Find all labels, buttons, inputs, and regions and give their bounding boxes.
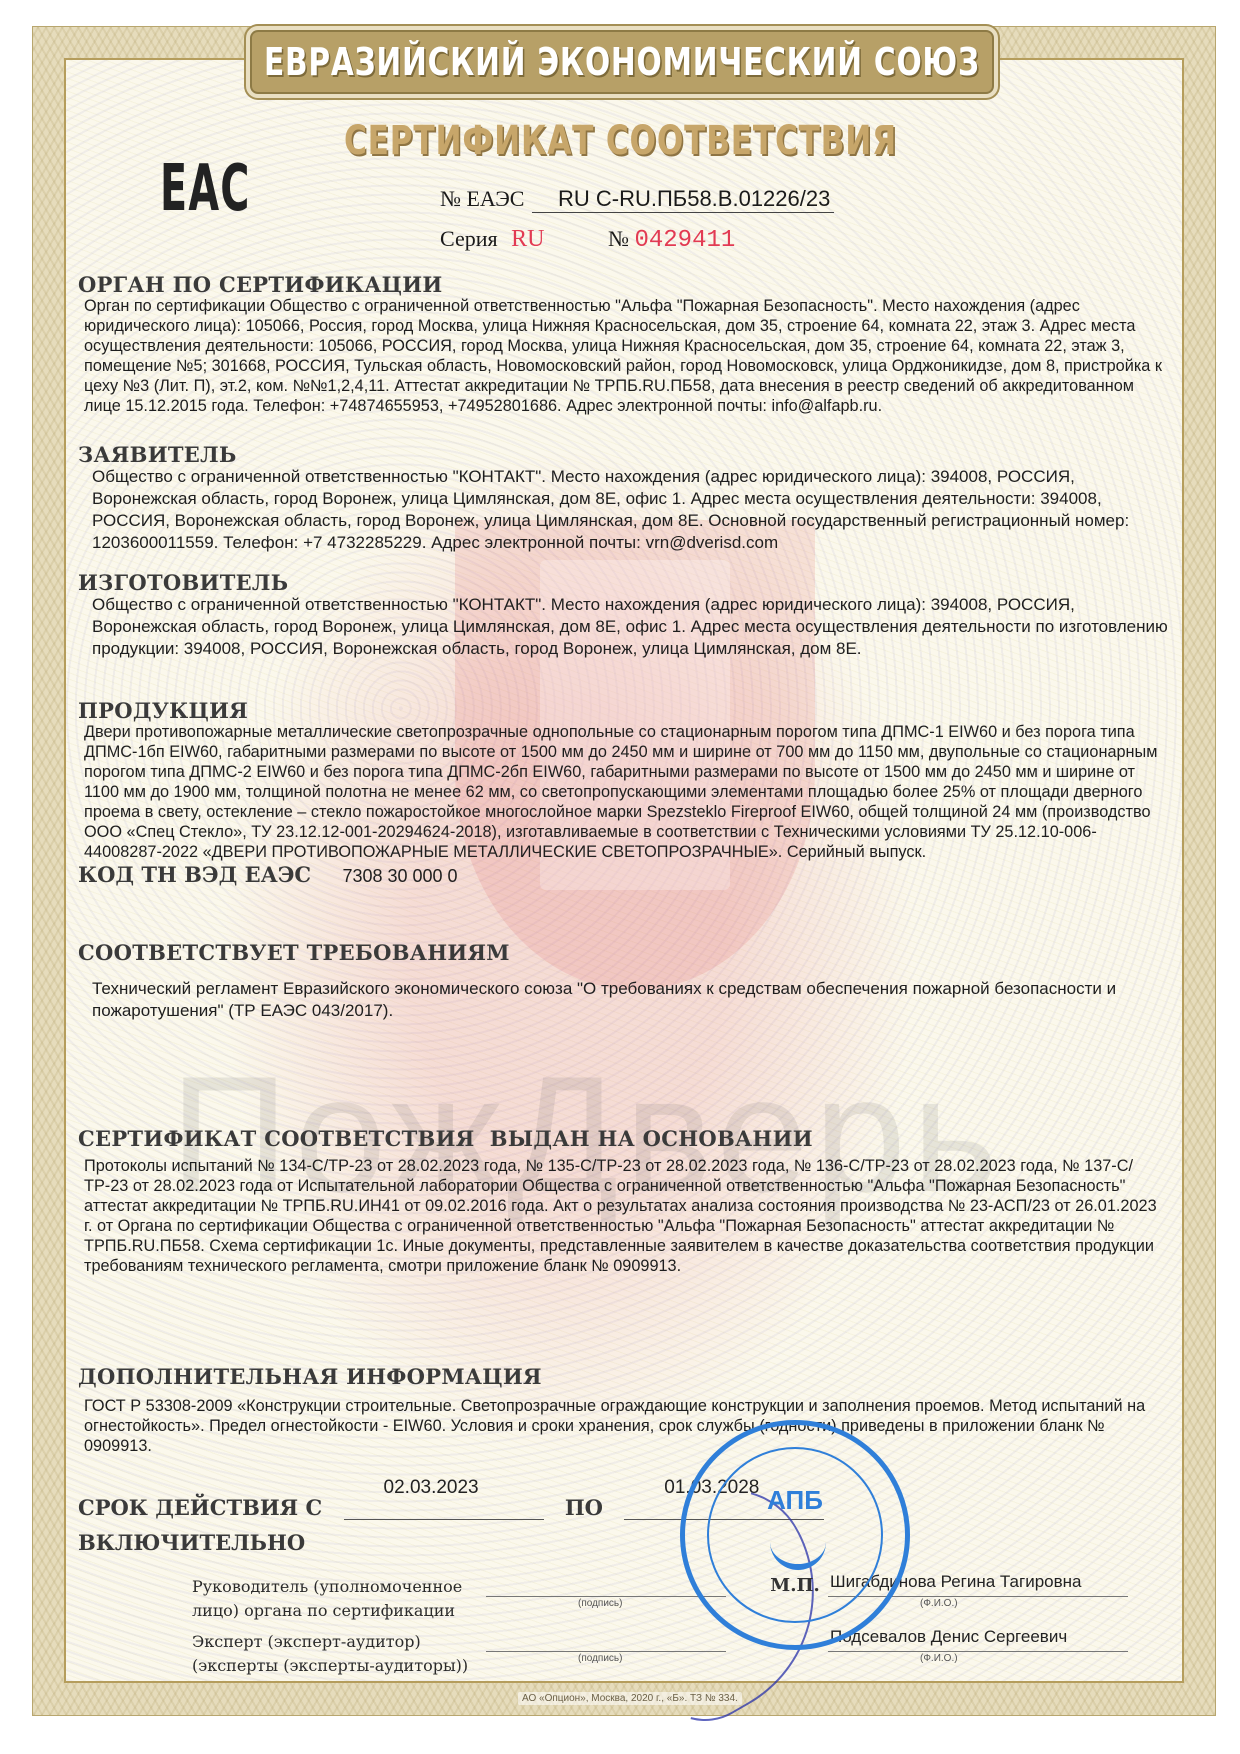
section-heading: ОРГАН ПО СЕРТИФИКАЦИИ <box>78 274 1168 296</box>
section-heading: ЗАЯВИТЕЛЬ <box>78 444 1168 466</box>
section-text: ГОСТ Р 53308-2009 «Конструкции строитель… <box>84 1396 1168 1456</box>
validity-inclusive-label: ВКЛЮЧИТЕЛЬНО <box>78 1530 305 1555</box>
blank-number-label: № <box>608 226 629 251</box>
validity-to-label: ПО <box>565 1495 603 1520</box>
section-additional-info: ДОПОЛНИТЕЛЬНАЯ ИНФОРМАЦИЯ ГОСТ Р 53308-2… <box>78 1366 1168 1456</box>
section-product: ПРОДУКЦИЯ Двери противопожарные металлич… <box>78 700 1168 887</box>
number-value: RU C-RU.ПБ58.В.01226/23 <box>532 186 834 213</box>
section-text: Орган по сертификации Общество с огранич… <box>84 296 1168 416</box>
fio-caption: (Ф.И.О.) <box>920 1598 958 1609</box>
expert-role-line: Эксперт (эксперт-аудитор) <box>192 1630 468 1654</box>
section-basis: СЕРТИФИКАТ СООТВЕТСТВИЯ ВЫДАН НА ОСНОВАН… <box>78 1128 1168 1276</box>
validity-from-date: 02.03.2023 <box>384 1477 479 1499</box>
stamp-logo: АПБ <box>685 1485 905 1516</box>
certificate-title-text: СЕРТИФИКАТ СООТВЕТСТВИЯ <box>344 118 897 164</box>
section-heading: ИЗГОТОВИТЕЛЬ <box>78 572 1168 594</box>
section-certification-body: ОРГАН ПО СЕРТИФИКАЦИИ Орган по сертифика… <box>78 274 1168 416</box>
section-manufacturer: ИЗГОТОВИТЕЛЬ Общество с ограниченной отв… <box>78 572 1168 660</box>
expert-name: Подсевалов Денис Сергеевич <box>830 1627 1067 1647</box>
phoenix-icon <box>770 1520 826 1570</box>
section-text: Технический регламент Евразийского эконо… <box>92 978 1168 1022</box>
signature-caption: (подпись) <box>578 1598 622 1609</box>
certificate-number: № ЕАЭС RU C-RU.ПБ58.В.01226/23 <box>440 186 834 213</box>
eac-mark-icon: ЕАС <box>160 152 251 226</box>
signature-caption: (подпись) <box>578 1653 622 1664</box>
printer-imprint: АО «Опцион», Москва, 2020 г., «Б». ТЗ № … <box>518 1692 742 1705</box>
section-applicant: ЗАЯВИТЕЛЬ Общество с ограниченной ответс… <box>78 444 1168 554</box>
section-text: Общество с ограниченной ответственностью… <box>92 594 1168 660</box>
expert-role: Эксперт (эксперт-аудитор) (эксперты (экс… <box>192 1630 468 1678</box>
expert-role-line: (эксперты (эксперты-аудиторы)) <box>192 1654 468 1678</box>
section-heading: ДОПОЛНИТЕЛЬНАЯ ИНФОРМАЦИЯ <box>78 1366 1168 1388</box>
blank-number-value: 0429411 <box>634 227 735 254</box>
head-role: Руководитель (уполномоченное лицо) орган… <box>192 1575 462 1623</box>
validity-from-field: 02.03.2023 <box>344 1499 544 1520</box>
union-banner: ЕВРАЗИЙСКИЙ ЭКОНОМИЧЕСКИЙ СОЮЗ <box>250 30 994 94</box>
section-text: Протоколы испытаний № 134-С/ТР-23 от 28.… <box>84 1156 1168 1276</box>
hs-code: КОД ТН ВЭД ЕАЭС 7308 30 000 0 <box>78 862 1168 887</box>
section-heading: СООТВЕТСТВУЕТ ТРЕБОВАНИЯМ <box>78 942 1168 964</box>
head-role-line: Руководитель (уполномоченное <box>192 1575 462 1599</box>
section-text: Двери противопожарные металлические свет… <box>84 722 1168 862</box>
section-text: Общество с ограниченной ответственностью… <box>92 466 1168 554</box>
hs-code-label: КОД ТН ВЭД ЕАЭС <box>78 862 311 887</box>
hs-code-value: 7308 30 000 0 <box>342 866 457 886</box>
section-heading: СЕРТИФИКАТ СООТВЕТСТВИЯ ВЫДАН НА ОСНОВАН… <box>78 1128 1168 1150</box>
series-value: RU <box>511 226 544 252</box>
section-conforms: СООТВЕТСТВУЕТ ТРЕБОВАНИЯМ Технический ре… <box>78 942 1168 1022</box>
seal-caption: М.П. <box>685 1575 905 1596</box>
section-heading: ПРОДУКЦИЯ <box>78 700 1168 722</box>
series-line: Серия RU № 0429411 <box>440 226 735 254</box>
certification-stamp: АПБ М.П. <box>680 1420 910 1650</box>
validity-from-label: СРОК ДЕЙСТВИЯ С <box>78 1495 322 1520</box>
union-title: ЕВРАЗИЙСКИЙ ЭКОНОМИЧЕСКИЙ СОЮЗ <box>264 40 980 84</box>
series-label: Серия <box>440 226 498 251</box>
head-role-line: лицо) органа по сертификации <box>192 1599 462 1623</box>
fio-caption: (Ф.И.О.) <box>920 1653 958 1664</box>
number-label: № ЕАЭС <box>440 186 524 211</box>
expert-name-line <box>828 1650 1128 1652</box>
